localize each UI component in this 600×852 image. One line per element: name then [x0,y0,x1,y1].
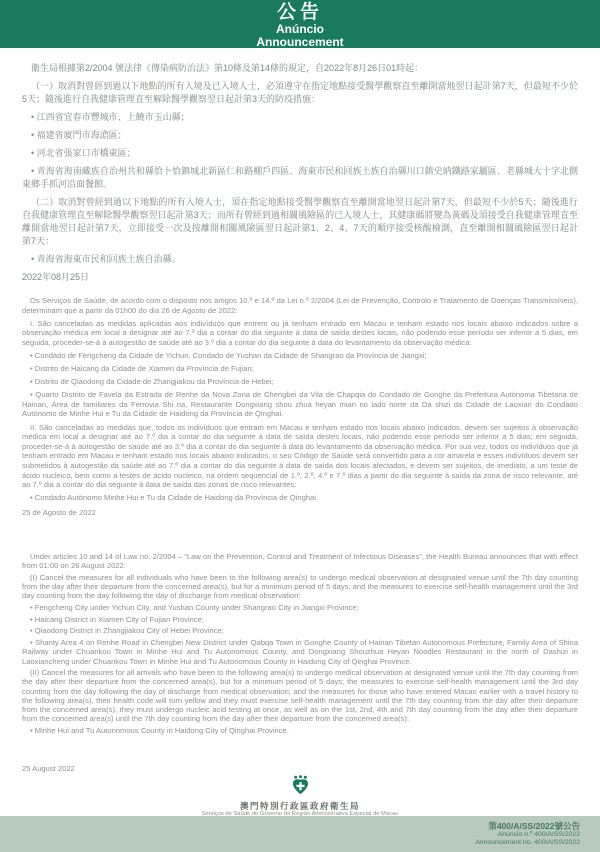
en-item-1: (I) Cancel the measures for all individu… [22,573,578,601]
en-bullet-hebei: • Qiaodong District in Zhangjiakou City … [22,626,578,635]
pt-intro: Os Serviços de Saúde, de acordo com o di… [22,296,578,315]
zh-date: 2022年08月25日 [22,271,578,284]
footer-band: 第400/A/SS/2022號公告 Anúncio n.º 400/A/SS/2… [0,816,600,852]
announcement-header: 公告 Anúncio Announcement [0,0,600,48]
en-item-2: (II) Cancel the measures for all arrival… [22,668,578,723]
zh-item-2: （二）取消對曾經到過以下地點的所有入境人士，須在指定地點接受醫學觀察直至離開當地… [22,196,578,248]
pt-item-1: I. São canceladas as medidas aplicadas a… [22,319,578,348]
pt-item-2: II. São canceladas as medidas que, todos… [22,423,578,490]
issuer-name-zh: 澳門特別行政區政府衛生局 [0,801,600,811]
en-date: 25 August 2022 [22,764,75,773]
pt-bullet-jiangxi: • Condado de Fengcheng da Cidade de Yich… [22,351,578,361]
announcement-number-en: Announcement no. 400/A/SS/2022 [0,839,580,847]
zh-bullet-hebei: • 河北省張家口市橋東區； [22,147,578,160]
en-bullet-minhe: • Minhe Hui and Tu Autonomous County in … [22,726,578,735]
zh-intro: 衛生局根據第2/2004 號法律《傳染病防治法》第10條及第14條的規定，自20… [22,62,578,75]
zh-bullet-fujian: • 福建省廈門市海滄區； [22,129,578,142]
header-title-en: Announcement [0,36,600,49]
chinese-section: 衛生局根據第2/2004 號法律《傳染病防治法》第10條及第14條的規定，自20… [22,62,578,294]
pt-bullet-minhe: • Condado Autónomo Minhe Hui e Tu da Cid… [22,493,578,503]
pt-bullet-qinghai: • Quarto Distrito de Favela da Estrada d… [22,390,578,419]
zh-item-1: （一）取消對曾經到過以下地點的所有入境及已入境人士，必須遵守在指定地點接受醫學觀… [22,80,578,106]
pt-date: 25 de Agosto de 2022 [22,508,578,518]
portuguese-section: Os Serviços de Saúde, de acordo com o di… [22,296,578,548]
zh-bullet-qinghai: • 青海省海南藏族自治州共和縣恰卜恰鎮城北新區仁和路棚戶四區、海東市民和回族土族… [22,165,578,191]
en-intro: Under articles 10 and 14 of Law no. 2/20… [22,552,578,570]
pt-bullet-hebei: • Distrito de Qiaodong da Cidade de Zhan… [22,377,578,387]
en-bullet-qinghai: • Shanty Area 4 on Renhe Road in Chengbe… [22,638,578,666]
zh-bullet-minhe: • 青海省海東市民和回族土族自治縣。 [22,253,578,266]
header-title-zh: 公告 [0,0,600,23]
en-bullet-fujian: • Haicang District in Xiamen City of Fuj… [22,615,578,624]
announcement-number-pt: Anúncio n.º 400/A/SS/2022 [0,831,580,839]
pt-bullet-fujian: • Distrito de Haicang da Cidade de Xiame… [22,364,578,374]
issuer-block: 澳門特別行政區政府衛生局 Serviços de Saúde do Govern… [0,775,600,818]
zh-bullet-jiangxi: • 江西省宜春市豐城市、上饒市玉山縣； [22,111,578,124]
announcement-number-zh: 第400/A/SS/2022號公告 [0,821,580,831]
health-bureau-logo-icon [290,775,311,796]
en-bullet-jiangxi: • Fengcheng City under Yichun City, and … [22,603,578,612]
english-section: Under articles 10 and 14 of Law no. 2/20… [22,552,578,760]
